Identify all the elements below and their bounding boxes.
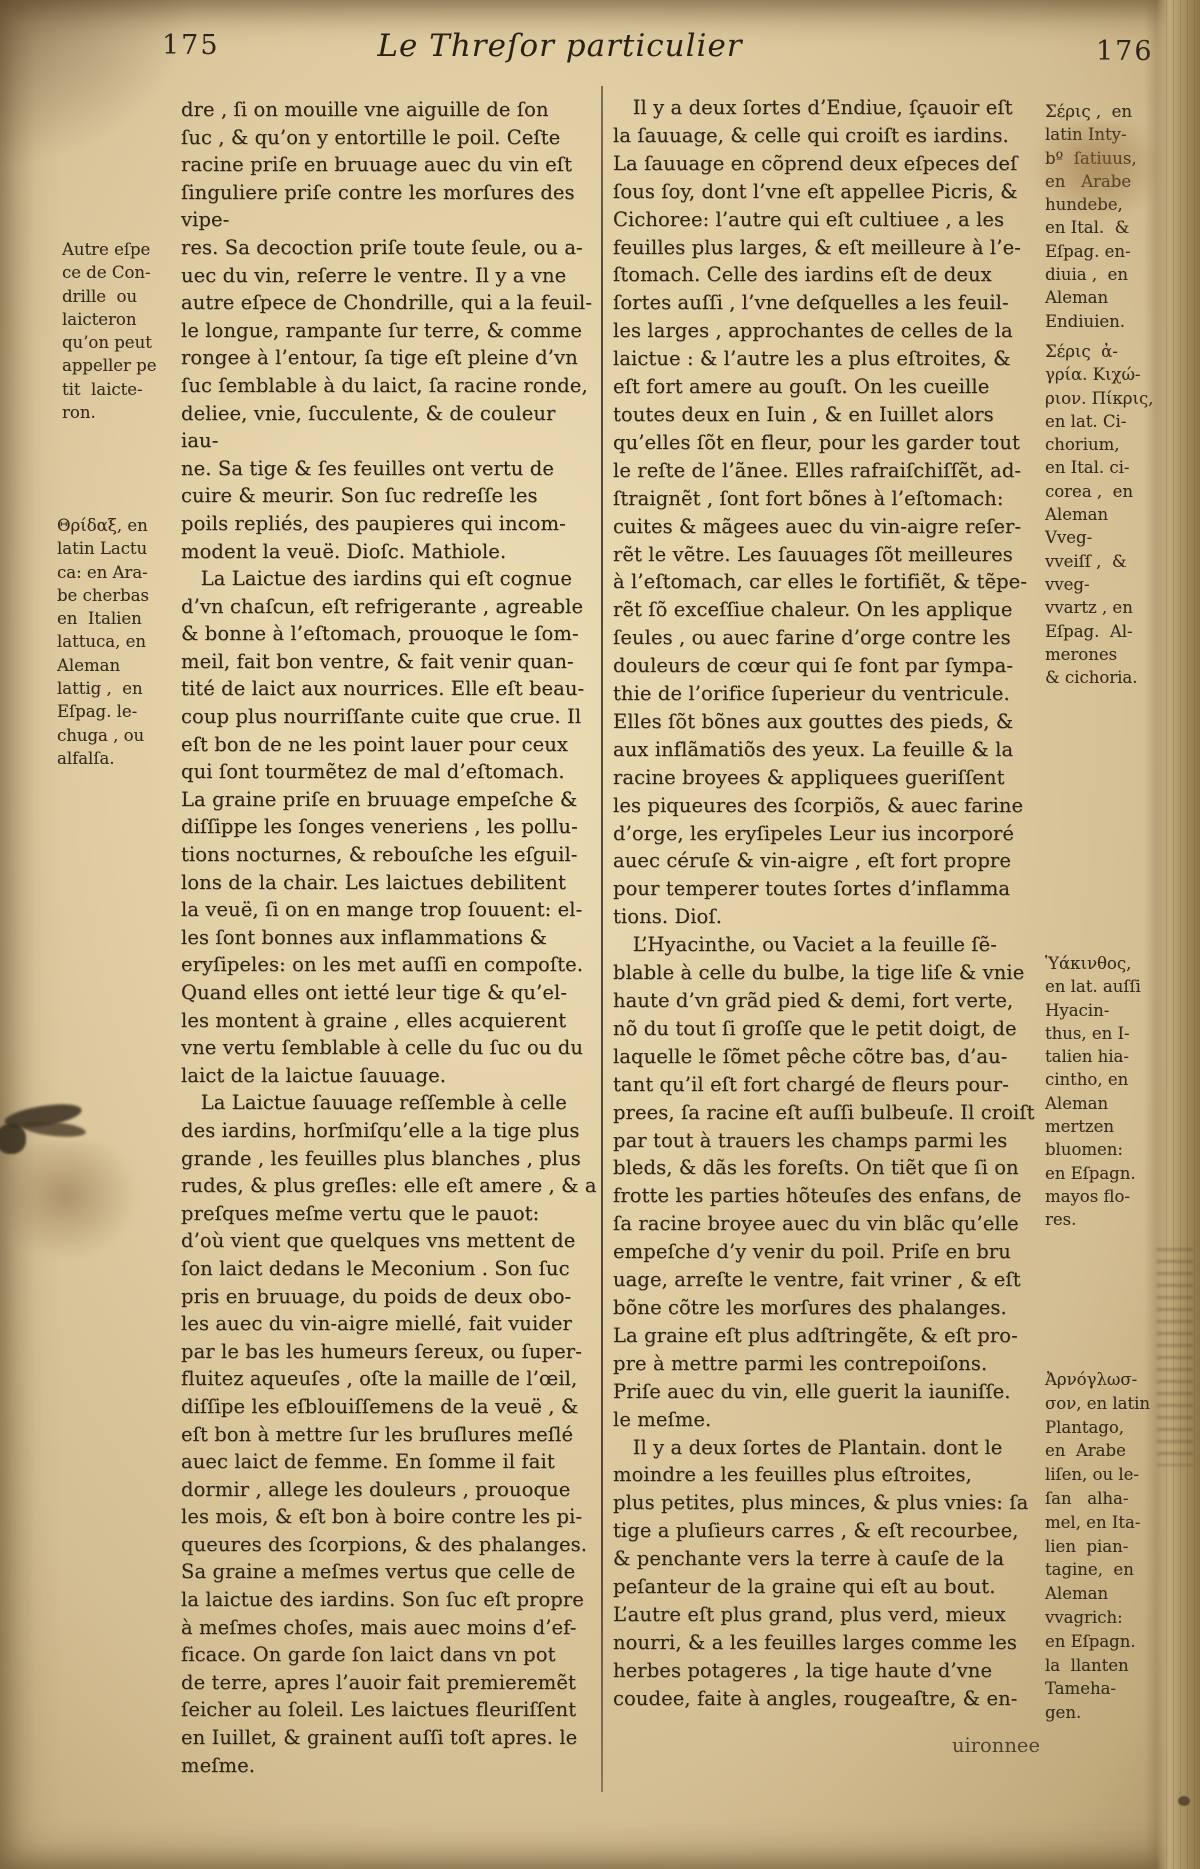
column-divider-rule [601,86,603,1792]
brown-stain [6,1142,138,1260]
ink-scribble [21,1119,86,1140]
page-edge-lines [1166,0,1200,1869]
ink-scribble [0,1124,26,1154]
running-title: Le Threſor particulier [320,28,800,64]
margin-note-chondrille: Autre eſpe ce de Con- drille ou laictero… [62,238,182,424]
corner-shadow [0,0,200,170]
left-text-column: dre , ſi on mouille vne aiguille de ſon … [181,96,597,1779]
catchword: uironnee [860,1734,1040,1757]
ink-scribble [3,1100,83,1132]
page-number-left: 175 [162,30,220,61]
margin-note-laictue: Θρίδαξ, en latin Lactu ca: en Ara- be ch… [57,514,177,770]
book-page-scan: 175 Le Threſor particulier 176 dre , ſi … [0,0,1200,1869]
right-text-column: Il y a deux ſortes d’Endiue, ſçauoir eſt… [613,94,1043,1713]
next-page-bleed-text [1157,1248,1193,1466]
